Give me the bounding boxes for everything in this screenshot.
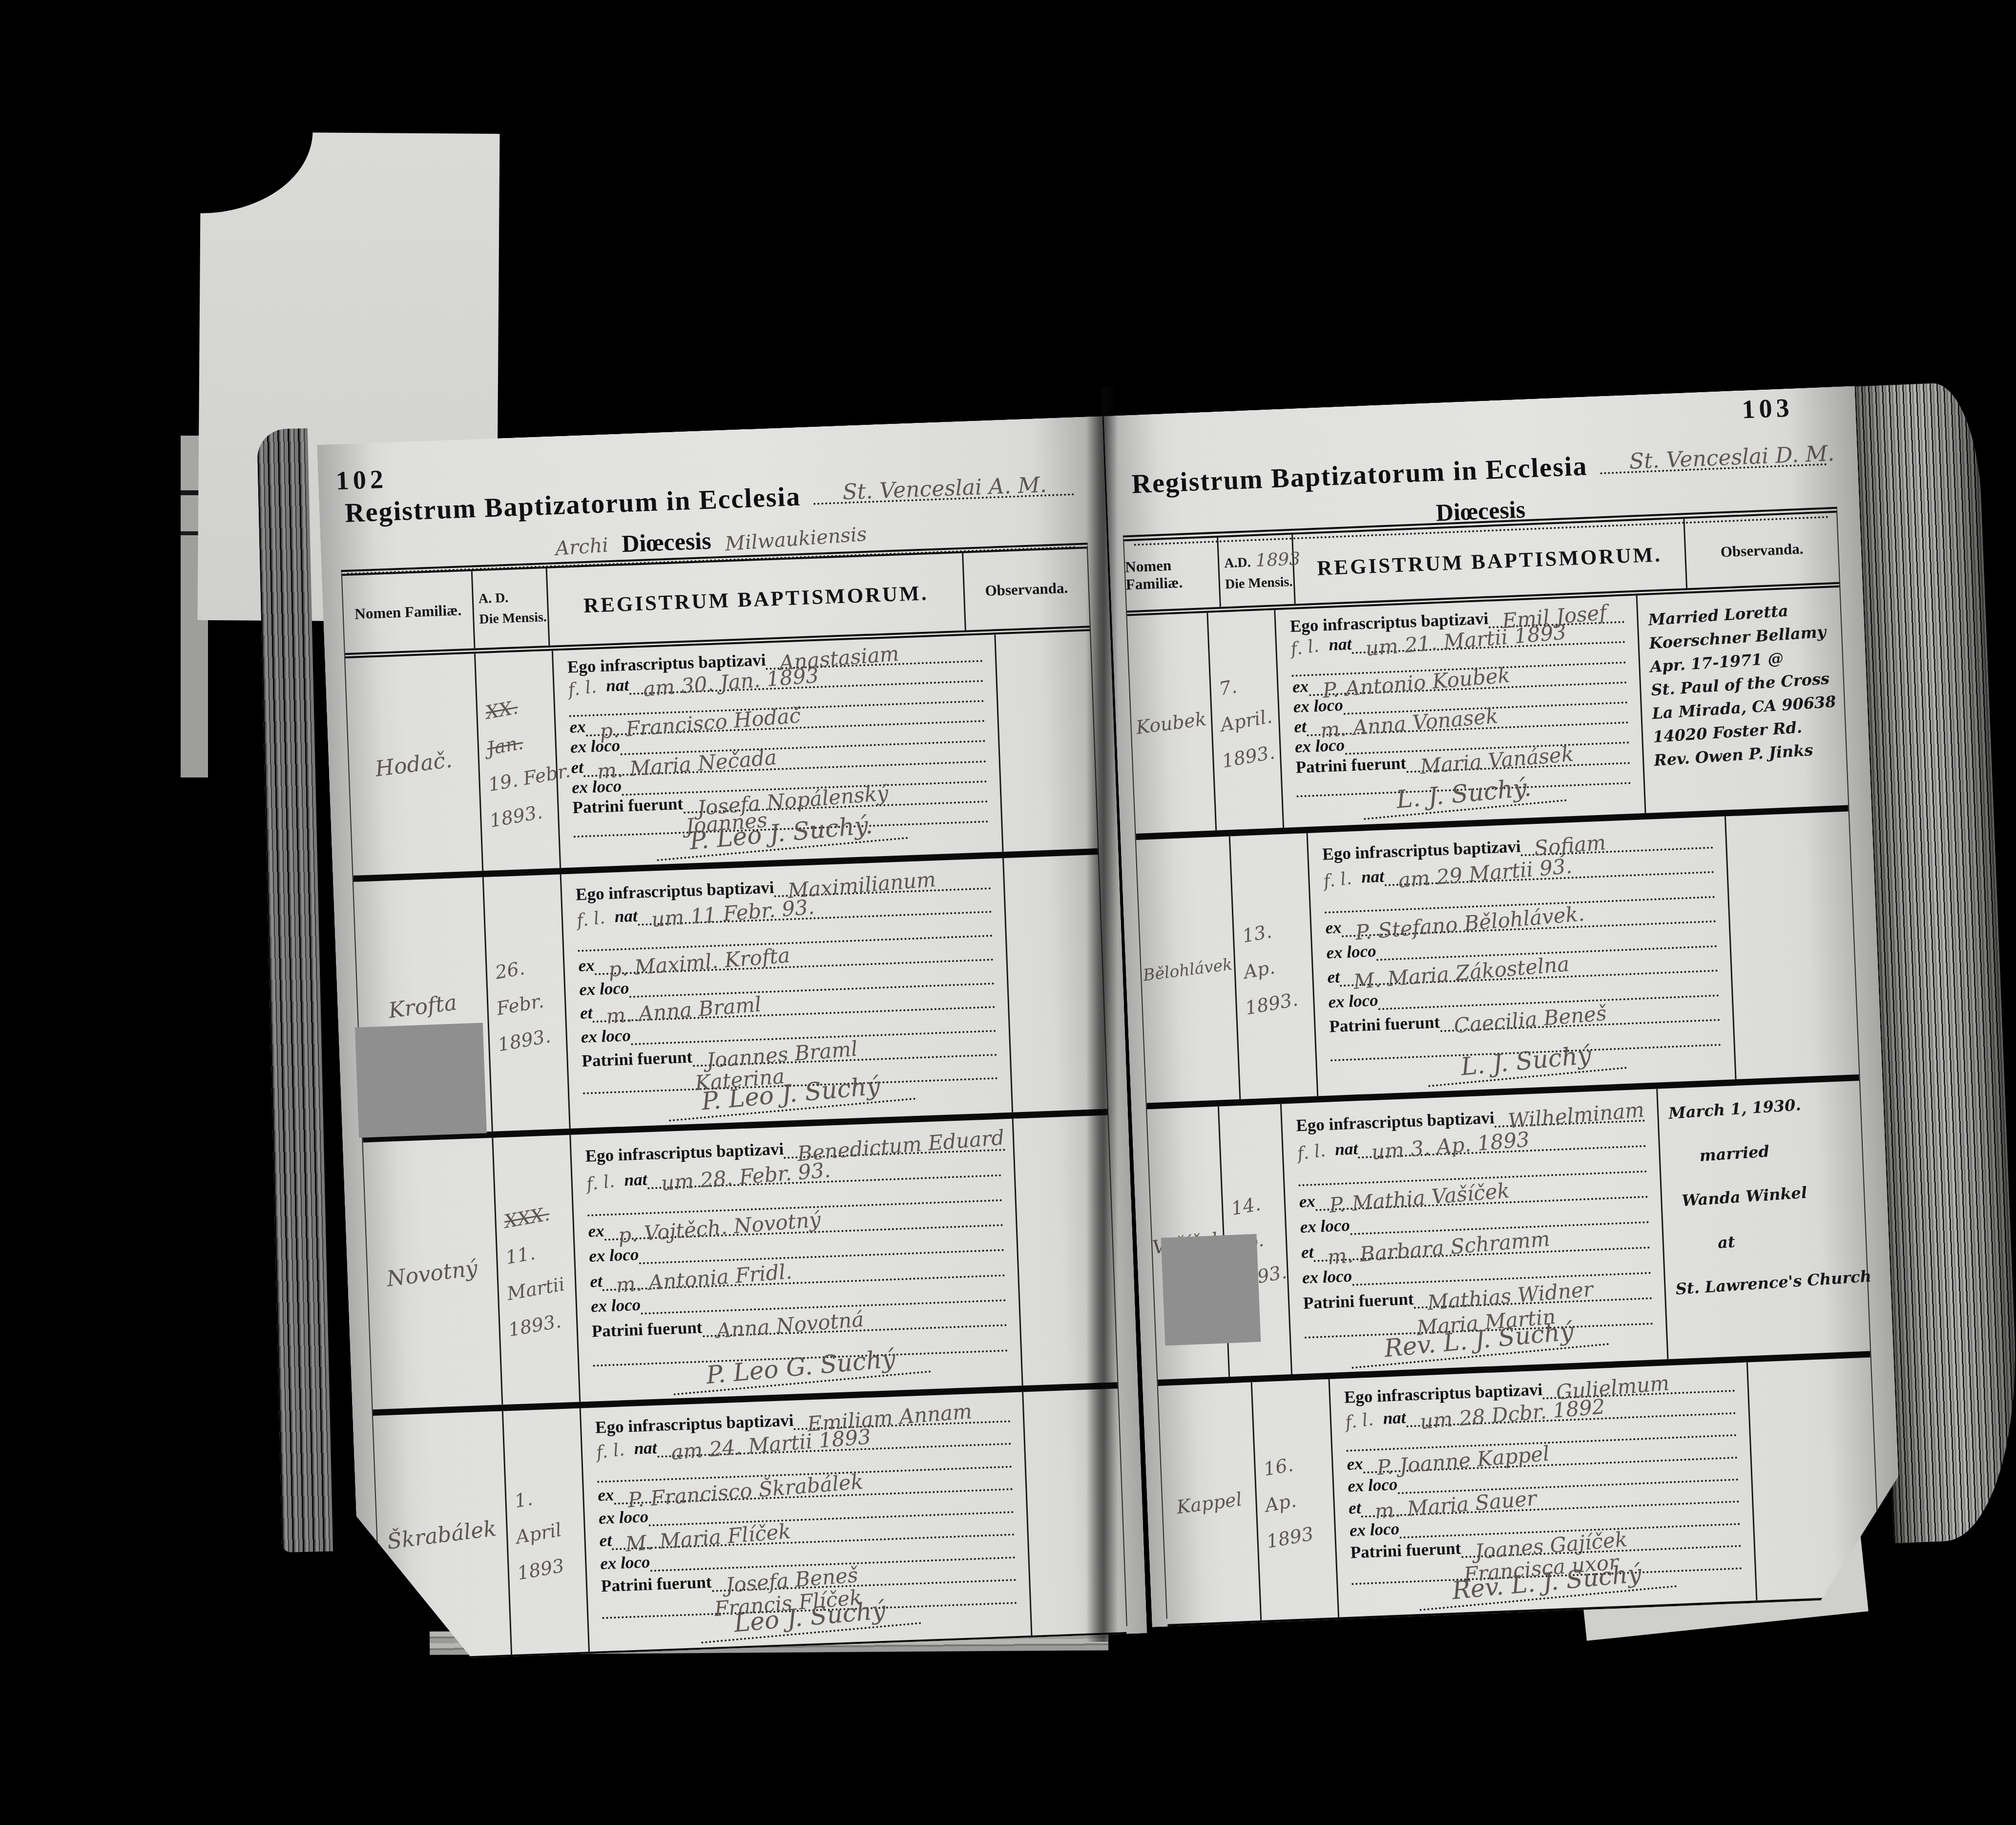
baptism-day-handwritten: 7. <box>1217 668 1279 700</box>
baptism-entry-row: Krofta 26. Febr. 1893. Ego infrascriptus… <box>353 855 1108 1143</box>
registrum-cell: Ego infrascriptus baptizavi Wilhelminam … <box>1282 1089 1669 1375</box>
baptism-day-handwritten: 14. <box>1229 1189 1286 1219</box>
struck-date-text: XX. <box>484 690 555 723</box>
redaction-box <box>355 1023 487 1137</box>
registrum-cell: Ego infrascriptus baptizavi Emil Josef f… <box>1276 595 1646 827</box>
et-label: et <box>580 1003 593 1023</box>
baptism-year-handwritten: 1893 <box>516 1551 587 1584</box>
baptism-year-handwritten: 1893. <box>1220 740 1282 772</box>
observanda-cell <box>1004 855 1107 1112</box>
anno-domini-label: A. D. <box>478 590 509 607</box>
observanda-cell <box>1014 1115 1118 1386</box>
et-label: et <box>1348 1498 1361 1518</box>
nat-label: nat <box>1335 1139 1358 1159</box>
filius-legitimus-handwritten: f. l. <box>1289 636 1320 660</box>
baptism-month-handwritten: April. <box>1219 704 1280 736</box>
family-name-handwritten: Koubek <box>1135 708 1207 738</box>
column-header-date: A. D. Die Mensis. <box>473 568 550 649</box>
nat-label: nat <box>606 675 629 696</box>
church-name-handwritten: St. Venceslai A. M. <box>842 472 1047 504</box>
nat-label: nat <box>1383 1408 1406 1428</box>
baptism-date-cell: 26. Febr. 1893. <box>484 874 571 1131</box>
register-page-102: 102 Registrum Baptizatorum in Ecclesia S… <box>317 416 1147 1662</box>
ex-label: ex <box>1292 676 1309 696</box>
family-name-handwritten: Krofta <box>387 990 458 1023</box>
column-header-registrum: REGISTRUM BAPTISMORUM. <box>547 553 966 646</box>
paper-corner-notch <box>199 130 312 214</box>
observanda-cell <box>996 631 1098 852</box>
baptism-date-cell: 16. Ap. 1893 <box>1252 1379 1339 1620</box>
marginal-note-line: married <box>1699 1133 1867 1168</box>
page-number: 103 <box>1741 392 1793 424</box>
baptism-entry-row: Bělohlávek 13. Ap. 1893. Ego infrascript… <box>1136 811 1859 1109</box>
struck-date-text: XXX. <box>502 1199 574 1232</box>
registrum-cell: Ego infrascriptus baptizavi Emiliam Anna… <box>581 1392 1033 1652</box>
baptism-date-cell: 13. Ap. 1893. <box>1230 833 1319 1099</box>
column-header-observanda: Observanda. <box>963 548 1090 630</box>
filius-legitimus-handwritten: f. l. <box>567 677 598 700</box>
et-label: et <box>1301 1242 1314 1262</box>
family-name-handwritten: Novotný <box>385 1256 479 1292</box>
marginal-note-line: St. Lawrence's Church <box>1675 1264 1872 1301</box>
church-name-writing-line: St. Venceslai D. M. <box>1599 435 1827 475</box>
baptism-month-handwritten: Febr. <box>495 986 566 1019</box>
baptism-month-handwritten: Ap. <box>1242 949 1313 983</box>
baptism-table: Nomen Familiæ. A. D. Die Mensis. REGISTR… <box>341 543 1127 1654</box>
baptism-year-handwritten: 1893. <box>1244 986 1315 1019</box>
column-header-family-name: Nomen Familiæ. <box>342 571 476 653</box>
diocese-prefix-handwritten: Archi <box>554 534 609 560</box>
baptism-month-handwritten: Ap. <box>1264 1483 1335 1516</box>
nat-label: nat <box>614 906 638 927</box>
ex-loco-label: ex loco <box>1300 1216 1351 1237</box>
ex-loco-label: ex loco <box>589 1245 639 1266</box>
ex-loco-label: ex loco <box>1349 1519 1400 1540</box>
nat-label: nat <box>1329 634 1352 655</box>
church-name-handwritten: St. Venceslai D. M. <box>1629 441 1835 474</box>
registrum-cell: Ego infrascriptus baptizavi Maximilianum… <box>561 858 1013 1129</box>
filius-legitimus-handwritten: f. l. <box>585 1171 616 1195</box>
diocese-label: Diœcesis <box>621 526 711 558</box>
baptism-day-handwritten: 26. <box>494 950 565 983</box>
family-name-cell: Škrabálek <box>373 1411 512 1659</box>
ex-loco-label: ex loco <box>581 1026 631 1047</box>
baptism-year-handwritten: 1893. <box>496 1022 567 1055</box>
column-header-family-name: Nomen Familiæ. <box>1124 538 1221 611</box>
baptism-entry-row: Koubek 7. April. 1893. Ego infrascriptus… <box>1127 587 1848 840</box>
family-name-cell: Novotný <box>363 1138 503 1409</box>
ex-label: ex <box>1299 1192 1316 1212</box>
filius-legitimus-handwritten: f. l. <box>1344 1409 1375 1433</box>
ex-loco-label: ex loco <box>1328 990 1379 1012</box>
die-mensis-label: Die Mensis. <box>1225 574 1293 592</box>
baptism-year-handwritten: 1893. <box>507 1307 578 1341</box>
observanda-cell: Married Loretta Koerschner Bellamy Apr. … <box>1638 587 1848 813</box>
filius-legitimus-handwritten: f. l. <box>576 908 606 931</box>
et-label: et <box>1294 717 1307 737</box>
family-name-handwritten: Hodač. <box>374 748 454 782</box>
baptism-date-cell: 7. April. 1893. <box>1208 610 1285 830</box>
marginal-note-line: March 1, 1930. <box>1668 1089 1865 1125</box>
entry-rows: Hodač. XX. Jan. 19. Febr. 1893. Ego infr… <box>345 631 1127 1667</box>
family-name-cell: Kappel <box>1158 1382 1262 1624</box>
observanda-cell <box>1726 811 1859 1079</box>
baptism-entry-row: Škrabálek 1. April 1893 Ego infrascriptu… <box>373 1388 1127 1667</box>
baptism-day-handwritten: 1. <box>513 1479 584 1512</box>
baptism-month-handwritten: Martii <box>505 1271 577 1304</box>
ex-label: ex <box>1325 918 1342 938</box>
die-mensis-label: Die Mensis. <box>479 609 547 628</box>
filius-legitimus-handwritten: f. l. <box>1322 868 1353 892</box>
baptism-table: Nomen Familiæ. A.D. 1893 Die Mensis. REG… <box>1123 507 1881 1619</box>
observanda-cell: March 1, 1930. married Wanda Winkel at S… <box>1658 1080 1882 1359</box>
baptism-date-cell: XX. Jan. 19. Febr. 1893. <box>476 651 561 871</box>
registrum-cell: Ego infrascriptus baptizavi Sofiam f. l.… <box>1308 816 1737 1096</box>
ex-label: ex <box>578 956 595 976</box>
baptism-day-handwritten: 13. <box>1241 913 1312 946</box>
family-name-handwritten: Kappel <box>1175 1489 1243 1518</box>
ex-loco-label: ex loco <box>1302 1266 1352 1288</box>
baptism-entry-row: Vašíček 14. Ap. 1893. Ego infrascriptus … <box>1147 1081 1871 1386</box>
ex-label: ex <box>598 1485 614 1505</box>
family-name-handwritten: Bělohlávek <box>1142 954 1233 985</box>
family-name-cell: Krofta <box>353 877 493 1136</box>
registrum-cell: Ego infrascriptus baptizavi Gulielmum f.… <box>1330 1363 1758 1617</box>
baptism-day-handwritten: 16. <box>1262 1447 1333 1480</box>
entry-rows: Koubek 7. April. 1893. Ego infrascriptus… <box>1127 587 1880 1632</box>
column-header-date: A.D. 1893 Die Mensis. <box>1218 535 1296 607</box>
et-label: et <box>590 1272 603 1292</box>
nat-label: nat <box>1361 867 1384 887</box>
anno-domini-label: A.D. <box>1224 555 1251 571</box>
family-name-cell: Koubek <box>1127 613 1216 834</box>
struck-date-text: Jan. <box>485 726 557 759</box>
marginal-note-line: at <box>1717 1221 1871 1255</box>
baptism-entry-row: Kappel 16. Ap. 1893 Ego infrascriptus ba… <box>1158 1358 1880 1632</box>
nat-label: nat <box>634 1438 657 1459</box>
registrum-cell: Ego infrascriptus baptizavi Benedictum E… <box>571 1119 1023 1402</box>
family-name-cell: Vašíček <box>1147 1107 1230 1380</box>
baptism-year-handwritten: 1893 <box>1265 1519 1336 1552</box>
baptism-day-handwritten: 19. Febr. <box>487 762 558 796</box>
ex-loco-label: ex loco <box>600 1552 650 1573</box>
baptism-day-handwritten: 11. <box>504 1235 575 1268</box>
baptism-entry-row: Novotný XXX. 11. Martii 1893. Ego infras… <box>363 1115 1117 1416</box>
baptism-month-handwritten: April <box>514 1515 585 1548</box>
baptism-entry-row: Hodač. XX. Jan. 19. Febr. 1893. Ego infr… <box>345 631 1098 882</box>
register-title: Registrum Baptizatorum in Ecclesia <box>1131 450 1588 500</box>
redaction-box <box>1161 1234 1261 1346</box>
baptism-date-cell: 1. April 1893 <box>503 1408 590 1655</box>
marginal-note-line: Wanda Winkel <box>1681 1176 1869 1212</box>
observanda-cell <box>1023 1388 1126 1636</box>
et-label: et <box>1327 967 1340 987</box>
ex-label: ex <box>588 1221 604 1241</box>
family-name-handwritten: Škrabálek <box>386 1516 498 1554</box>
et-label: et <box>599 1531 612 1551</box>
column-header-observanda: Observanda. <box>1684 513 1839 588</box>
column-header-registrum: REGISTRUM BAPTISMORUM. <box>1293 519 1687 604</box>
family-name-cell: Hodač. <box>345 653 483 875</box>
filius-legitimus-handwritten: f. l. <box>595 1440 626 1463</box>
register-title: Registrum Baptizatorum in Ecclesia <box>344 481 801 529</box>
baptism-date-cell: XXX. 11. Martii 1893. <box>493 1135 581 1405</box>
registrum-cell: Ego infrascriptus baptizavi Anastasiam f… <box>553 634 1004 868</box>
baptism-month-handwritten: 1893. <box>488 798 559 832</box>
register-page-103: 103 Registrum Baptizatorum in Ecclesia S… <box>1103 386 1903 1627</box>
ex-label: ex <box>569 717 586 737</box>
ex-label: ex <box>1347 1454 1364 1474</box>
scanned-baptismal-register: { "colors":{"background":"#000000","pape… <box>0 0 2016 1825</box>
church-name-writing-line: St. Venceslai A. M. <box>812 465 1074 505</box>
et-label: et <box>571 757 584 777</box>
filius-legitimus-handwritten: f. l. <box>1296 1141 1327 1164</box>
family-name-cell: Bělohlávek <box>1136 836 1241 1103</box>
nat-label: nat <box>624 1170 647 1190</box>
diocese-name-handwritten: Milwaukiensis <box>724 523 867 556</box>
ex-loco-label: ex loco <box>590 1295 641 1317</box>
